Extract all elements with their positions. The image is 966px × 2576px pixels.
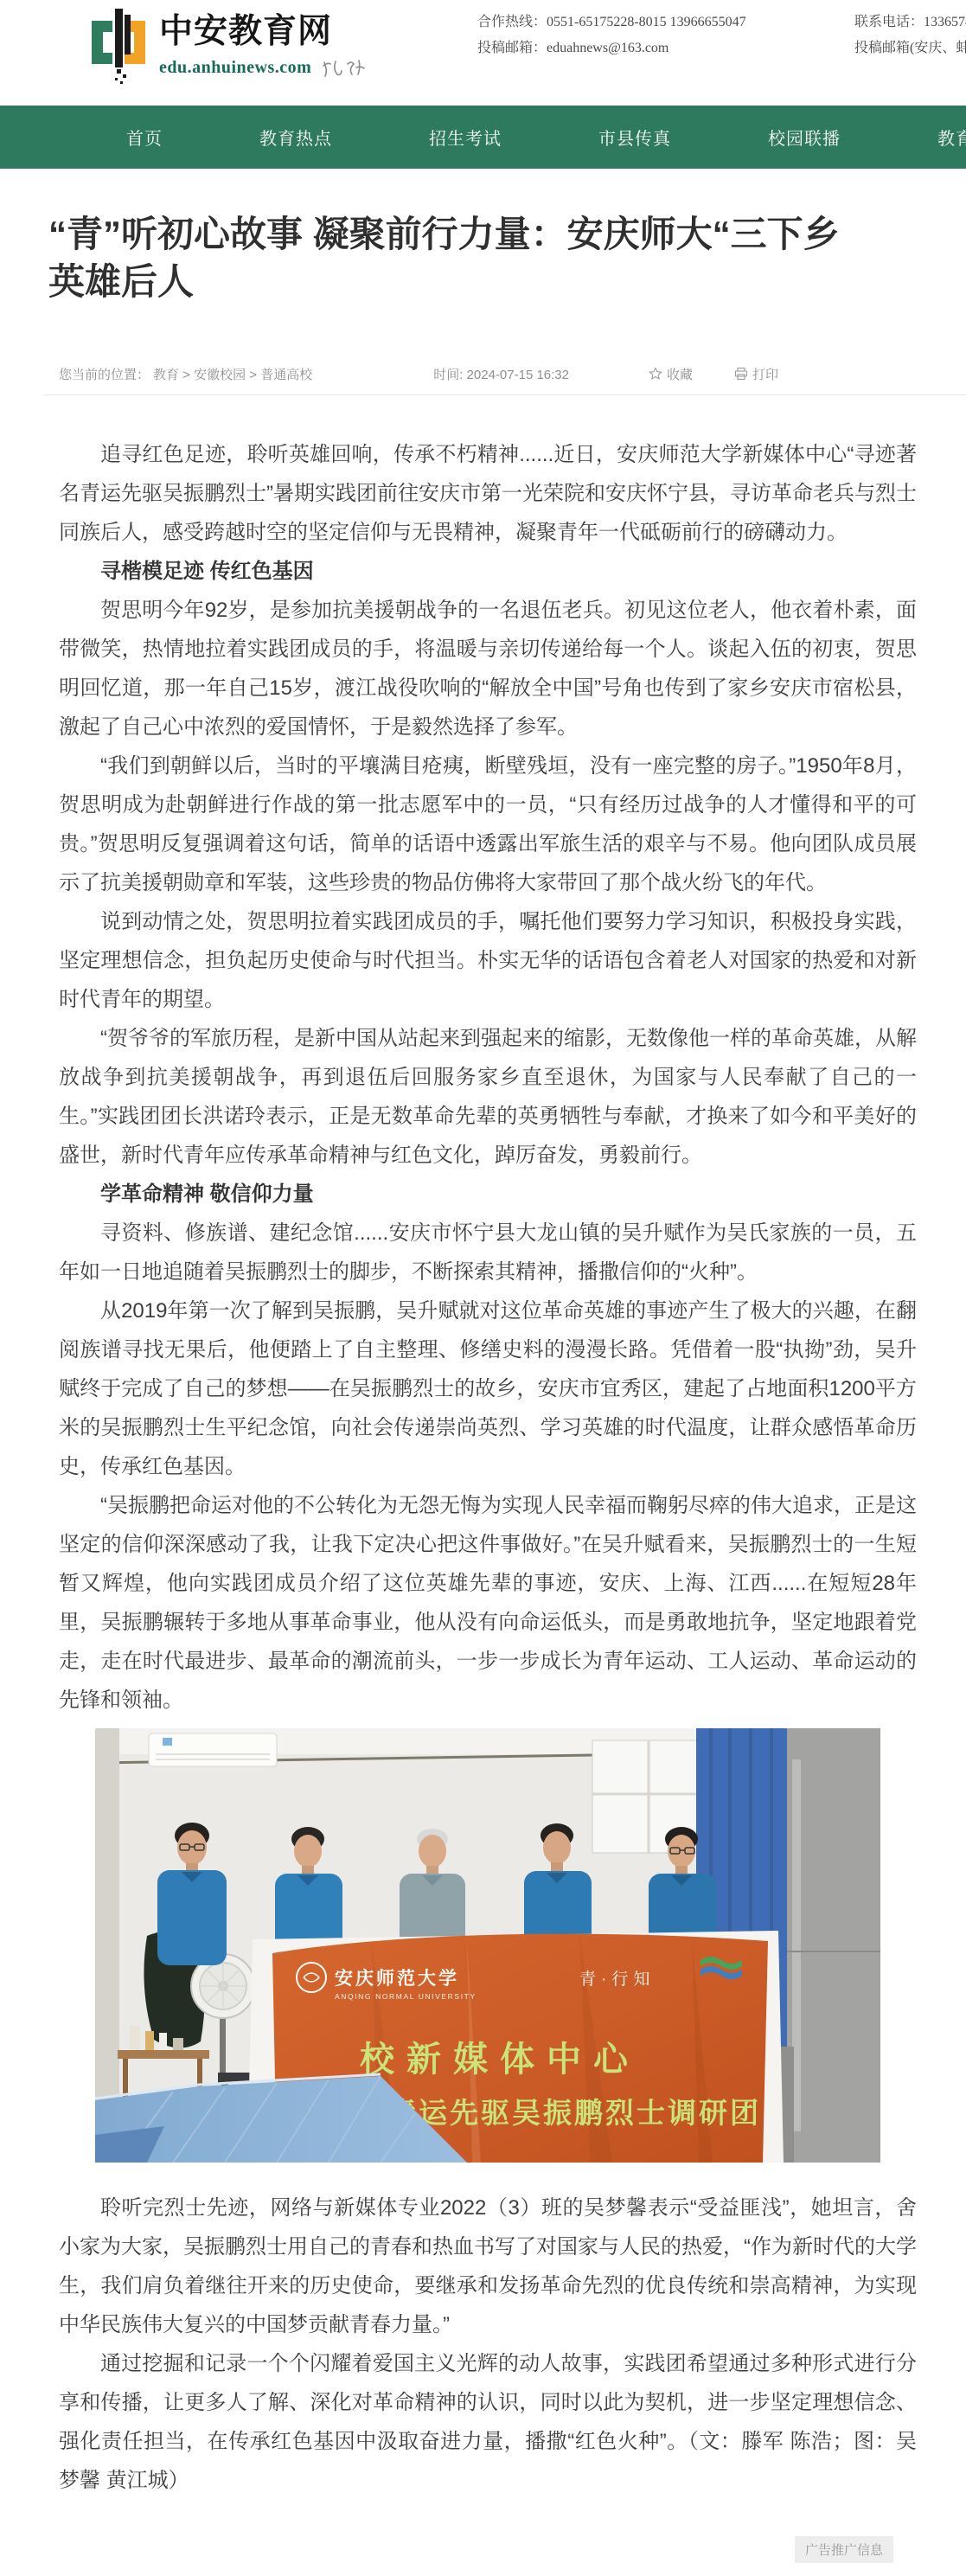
breadcrumb-path[interactable]: 教育 > 安徽校园 > 普通高校 — [153, 365, 312, 383]
favorite-button[interactable]: 收藏 — [649, 365, 693, 383]
banner-line1: 校新媒体中心 — [360, 2041, 640, 2079]
article-subheading: 寻楷模足迹 传红色基因 — [59, 552, 917, 591]
main-nav: 首页 教育热点 招生考试 市县传真 校园联播 教育 — [0, 106, 966, 169]
page: 中安教育网 edu.anhuinews.com 合作热线：0551-651752… — [0, 0, 966, 2563]
banner-slogan: 青·行知 — [579, 1970, 655, 1989]
favorite-label: 收藏 — [667, 365, 693, 383]
nav-item-education[interactable]: 教育 — [937, 125, 966, 150]
article-paragraph: 寻资料、修族谱、建纪念馆......安庆市怀宁县大龙山镇的吴升赋作为吴氏家族的一… — [59, 1214, 917, 1291]
article-title-line2: 英雄后人 — [48, 258, 966, 305]
star-icon — [649, 367, 662, 381]
nav-item-home[interactable]: 首页 — [126, 125, 163, 150]
contact-hotline: 合作热线：0551-65175228-8015 13966655047 — [477, 10, 746, 30]
footer-ad-row: 广告推广信息 — [0, 2536, 966, 2563]
breadcrumb: 您当前的位置： 教育 > 安徽校园 > 普通高校 时间: 2024-07-15 … — [59, 364, 966, 383]
page-viewport: 中安教育网 edu.anhuinews.com 合作热线：0551-651752… — [0, 0, 966, 2576]
article-paragraph: 说到动情之处，贺思明拉着实践团成员的手，嘱托他们要努力学习知识，积极投身实践，坚… — [59, 902, 917, 1019]
contact-submit-email-2: 投稿邮箱(安庆、蚌埠 — [854, 36, 966, 56]
article-paragraph: 贺思明今年92岁，是参加抗美援朝战争的一名退伍老兵。初见这位老人，他衣着朴素，面… — [59, 591, 917, 747]
article-paragraph: “吴振鹏把命运对他的不公转化为无怨无悔为实现人民幸福而鞠躬尽瘁的伟大追求，正是这… — [59, 1486, 917, 1720]
nav-item-admission-exam[interactable]: 招生考试 — [429, 125, 502, 150]
banner-univ-name: 安庆师范大学 — [335, 1968, 459, 1989]
article-photo-image: 安庆师范大学 ANQING NORMAL UNIVERSITY 青·行知 校新媒… — [95, 1728, 880, 2163]
printer-icon — [734, 367, 748, 381]
nav-item-city-news[interactable]: 市县传真 — [598, 125, 671, 150]
article-paragraph: 通过挖掘和记录一个个闪耀着爱国主义光辉的动人故事，实践团希望通过多种形式进行分享… — [59, 2344, 917, 2500]
article-paragraph: 从2019年第一次了解到吴振鹏，吴升赋就对这位革命英雄的事迹产生了极大的兴趣，在… — [59, 1291, 917, 1486]
article-paragraph: “我们到朝鲜以后，当时的平壤满目疮痍，断壁残垣，没有一座完整的房子。”1950年… — [59, 747, 917, 902]
article-title: “青”听初心故事 凝聚前行力量：安庆师大“三下乡 英雄后人 — [0, 169, 966, 305]
contact-submit-email: 投稿邮箱：eduahnews@163.com — [477, 36, 669, 56]
header-contact-info: 合作热线：0551-65175228-8015 13966655047 投稿邮箱… — [0, 0, 966, 106]
article-photo: 安庆师范大学 ANQING NORMAL UNIVERSITY 青·行知 校新媒… — [95, 1728, 880, 2163]
article-paragraph: 追寻红色足迹，聆听英雄回响，传承不朽精神......近日，安庆师范大学新媒体中心… — [59, 435, 917, 552]
nav-item-edu-hotspot[interactable]: 教育热点 — [259, 125, 332, 150]
banner-univ-name-en: ANQING NORMAL UNIVERSITY — [335, 1992, 477, 2001]
contact-phone: 联系电话：133657438 — [854, 10, 966, 30]
breadcrumb-label: 您当前的位置： — [59, 365, 150, 383]
article-paragraph: 聆听完烈士先迹，网络与新媒体专业2022（3）班的吴梦馨表示“受益匪浅”，她坦言… — [59, 2188, 917, 2344]
article-time: 时间: 2024-07-15 16:32 — [433, 365, 569, 383]
article-paragraph: “贺爷爷的军旅历程，是新中国从站起来到强起来的缩影，无数像他一样的革命英雄，从解… — [59, 1019, 917, 1175]
nav-item-campus-broadcast[interactable]: 校园联播 — [768, 125, 841, 150]
article-body: 追寻红色足迹，聆听英雄回响，传承不朽精神......近日，安庆师范大学新媒体中心… — [59, 435, 917, 2500]
article-title-line1: “青”听初心故事 凝聚前行力量：安庆师大“三下乡 — [48, 210, 966, 258]
header-divider — [43, 394, 966, 395]
print-label: 打印 — [752, 365, 778, 383]
ad-promo-label[interactable]: 广告推广信息 — [795, 2536, 893, 2563]
print-button[interactable]: 打印 — [734, 365, 778, 383]
article-subheading: 学革命精神 敬信仰力量 — [59, 1175, 917, 1214]
site-header: 中安教育网 edu.anhuinews.com 合作热线：0551-651752… — [0, 0, 966, 106]
